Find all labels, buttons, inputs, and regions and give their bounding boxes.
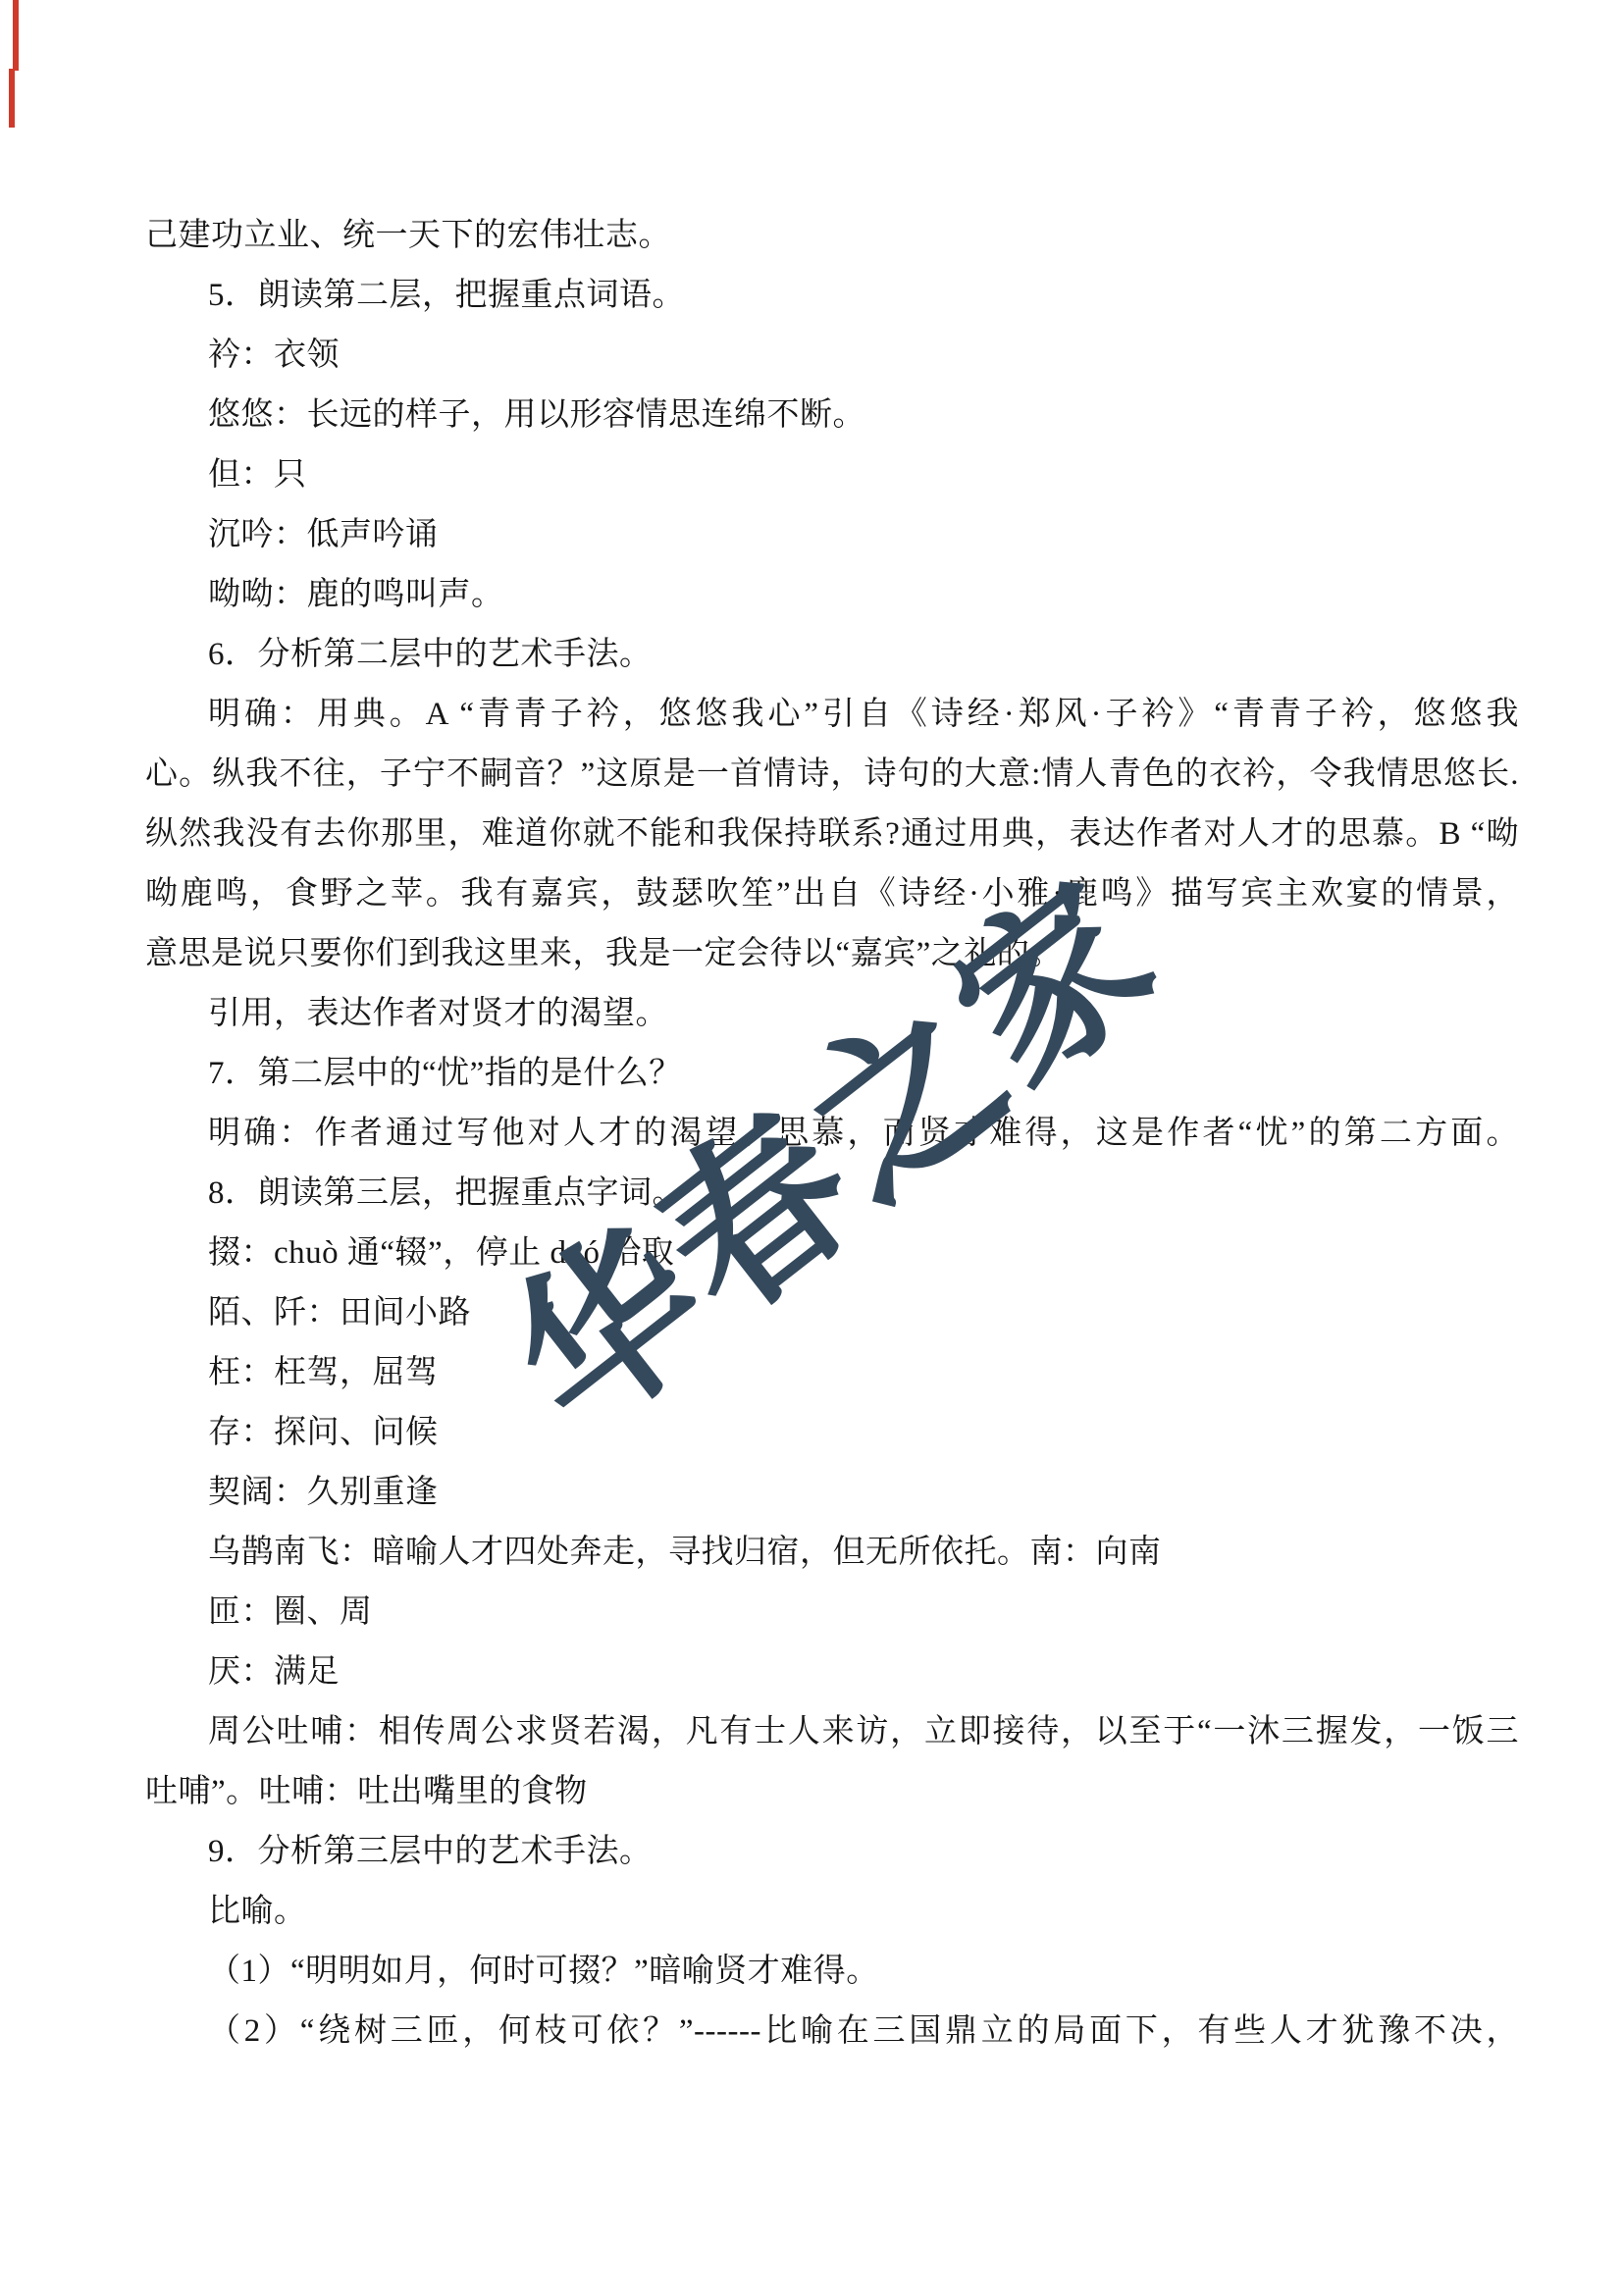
text-line: 周公吐哺：相传周公求贤若渴，凡有士人来访，立即接待，以至于“一沐三握发，一饭三 xyxy=(145,1702,1519,1762)
text-line: 纵然我没有去你那里，难道你就不能和我保持联系?通过用典，表达作者对人才的思慕。B… xyxy=(145,805,1519,864)
text-line: （1）“明明如月，何时可掇？”暗喻贤才难得。 xyxy=(145,1942,1519,2002)
scan-edge-mark xyxy=(9,69,15,128)
document-body: 己建功立业、统一天下的宏伟壮志。5．朗读第二层，把握重点词语。衿：衣领悠悠：长远… xyxy=(145,206,1519,2061)
text-line: 存：探问、问候 xyxy=(145,1403,1519,1463)
text-line: 比喻。 xyxy=(145,1882,1519,1942)
text-line: 厌：满足 xyxy=(145,1643,1519,1702)
text-line: 匝：圈、周 xyxy=(145,1583,1519,1643)
text-line: 陌、阡：田间小路 xyxy=(145,1283,1519,1343)
text-line: 但：只 xyxy=(145,445,1519,505)
text-line: 乌鹊南飞：暗喻人才四处奔走，寻找归宿，但无所依托。南：向南 xyxy=(145,1523,1519,1583)
text-line: 契阔：久别重逢 xyxy=(145,1463,1519,1523)
text-line: 5．朗读第二层，把握重点词语。 xyxy=(145,266,1519,326)
text-line: 吐哺”。吐哺：吐出嘴里的食物 xyxy=(145,1762,1519,1822)
text-line: 悠悠：长远的样子，用以形容情思连绵不断。 xyxy=(145,386,1519,445)
text-line: 呦呦：鹿的鸣叫声。 xyxy=(145,565,1519,625)
text-line: 明确：用典。A “青青子衿，悠悠我心”引自《诗经·郑风·子衿》“青青子衿，悠悠我 xyxy=(145,685,1519,745)
text-line: 呦鹿鸣，食野之苹。我有嘉宾，鼓瑟吹笙”出自《诗经·小雅·鹿鸣》描写宾主欢宴的情景… xyxy=(145,864,1519,924)
text-line: 意思是说只要你们到我这里来，我是一定会待以“嘉宾”之礼的。 xyxy=(145,924,1519,984)
text-line: 7．第二层中的“忧”指的是什么？ xyxy=(145,1044,1519,1104)
text-line: 9．分析第三层中的艺术手法。 xyxy=(145,1822,1519,1882)
text-line: 枉：枉驾，屈驾 xyxy=(145,1343,1519,1403)
text-line: 心。纵我不往，子宁不嗣音？”这原是一首情诗，诗句的大意:情人青色的衣衿，令我情思… xyxy=(145,745,1519,805)
scan-edge-mark xyxy=(13,0,19,71)
text-line: 沉吟：低声吟诵 xyxy=(145,505,1519,565)
text-line: 己建功立业、统一天下的宏伟壮志。 xyxy=(145,206,1519,266)
text-line: 6．分析第二层中的艺术手法。 xyxy=(145,625,1519,685)
text-line: （2）“绕树三匝，何枝可依？”------比喻在三国鼎立的局面下，有些人才犹豫不… xyxy=(145,2002,1519,2061)
document-page: 己建功立业、统一天下的宏伟壮志。5．朗读第二层，把握重点词语。衿：衣领悠悠：长远… xyxy=(0,0,1623,2296)
text-line: 引用，表达作者对贤才的渴望。 xyxy=(145,984,1519,1044)
text-line: 明确：作者通过写他对人才的渴望、思慕，而贤才难得，这是作者“忧”的第二方面。 xyxy=(145,1104,1519,1164)
text-line: 衿：衣领 xyxy=(145,326,1519,386)
text-line: 掇：chuò 通“辍”，停止 duó 拾取 xyxy=(145,1224,1519,1283)
text-line: 8．朗读第三层，把握重点字词。 xyxy=(145,1164,1519,1224)
